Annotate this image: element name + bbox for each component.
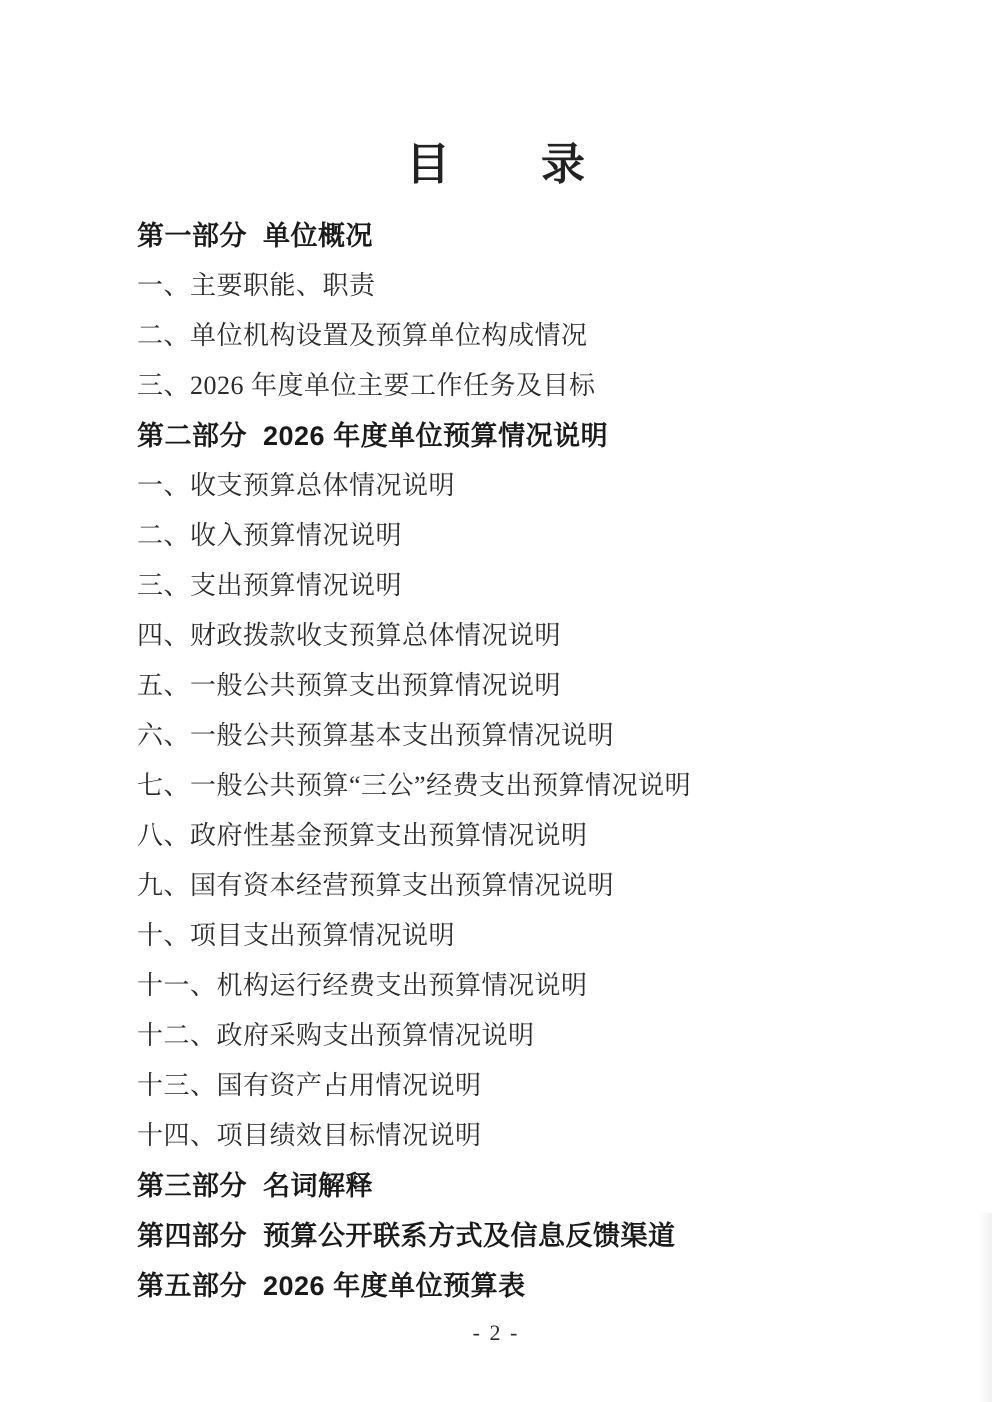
toc-item: 二、单位机构设置及预算单位构成情况 bbox=[137, 311, 942, 361]
toc-part-heading: 第一部分 单位概况 bbox=[137, 211, 942, 261]
toc-part-heading: 第四部分 预算公开联系方式及信息反馈渠道 bbox=[137, 1211, 942, 1261]
toc-item: 九、国有资本经营预算支出预算情况说明 bbox=[137, 861, 942, 911]
toc-item: 十三、国有资产占用情况说明 bbox=[137, 1061, 942, 1111]
scan-artifact bbox=[979, 1213, 992, 1402]
toc-item: 五、一般公共预算支出预算情况说明 bbox=[137, 661, 942, 711]
toc-part-heading: 第五部分 2026 年度单位预算表 bbox=[137, 1261, 942, 1311]
document-page: 目 录 第一部分 单位概况 一、主要职能、职责 二、单位机构设置及预算单位构成情… bbox=[0, 0, 992, 1402]
toc-item: 七、一般公共预算“三公”经费支出预算情况说明 bbox=[137, 761, 942, 811]
toc-item: 一、主要职能、职责 bbox=[137, 261, 942, 311]
toc-item: 四、财政拨款收支预算总体情况说明 bbox=[137, 611, 942, 661]
toc-part-heading: 第三部分 名词解释 bbox=[137, 1161, 942, 1211]
page-title: 目 录 bbox=[0, 128, 992, 192]
toc-item: 三、2026 年度单位主要工作任务及目标 bbox=[137, 361, 942, 411]
toc-item: 十一、机构运行经费支出预算情况说明 bbox=[137, 961, 942, 1011]
toc-part-heading: 第二部分 2026 年度单位预算情况说明 bbox=[137, 411, 942, 461]
toc-item: 十四、项目绩效目标情况说明 bbox=[137, 1111, 942, 1161]
toc-item: 二、收入预算情况说明 bbox=[137, 511, 942, 561]
toc-item: 十、项目支出预算情况说明 bbox=[137, 911, 942, 961]
page-number: - 2 - bbox=[0, 1320, 992, 1346]
toc-item: 八、政府性基金预算支出预算情况说明 bbox=[137, 811, 942, 861]
toc-item: 一、收支预算总体情况说明 bbox=[137, 461, 942, 511]
table-of-contents: 第一部分 单位概况 一、主要职能、职责 二、单位机构设置及预算单位构成情况 三、… bbox=[137, 211, 942, 1311]
toc-item: 十二、政府采购支出预算情况说明 bbox=[137, 1011, 942, 1061]
toc-item: 六、一般公共预算基本支出预算情况说明 bbox=[137, 711, 942, 761]
toc-item: 三、支出预算情况说明 bbox=[137, 561, 942, 611]
